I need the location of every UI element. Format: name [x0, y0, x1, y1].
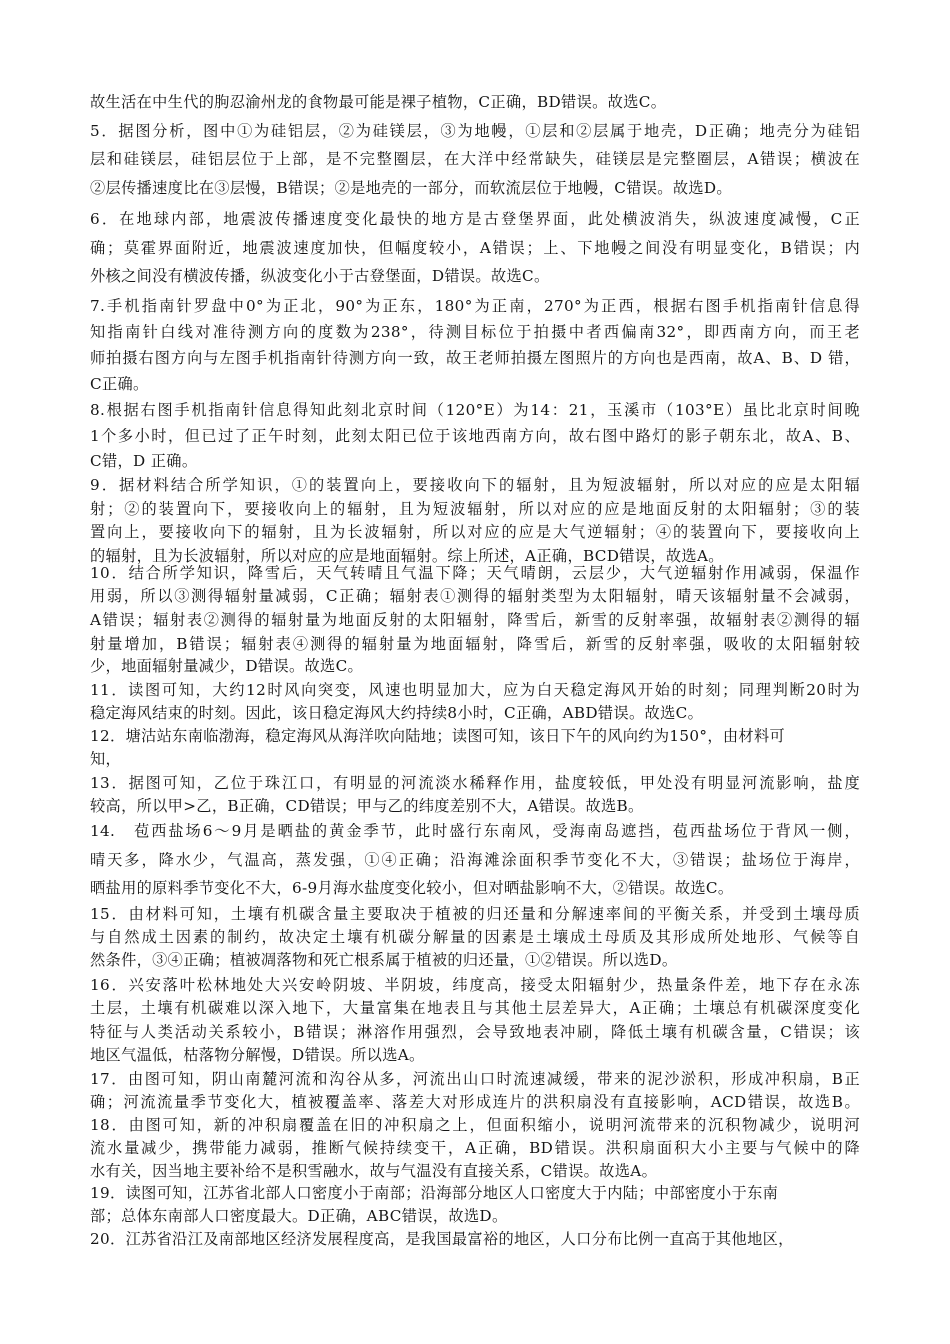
text-line: 稳定海风结束的时刻。因此，该日稳定海风大约持续8小时，C正确，ABD错误。故选C… — [90, 703, 860, 723]
text-line: 确；河流流量季节变化大，植被覆盖率、落差大对形成连片的洪积扇没有直接影响，ACD… — [90, 1092, 860, 1112]
text-line: 13．据图可知，乙位于珠江口，有明显的河流淡水稀释作用，盐度较低，甲处没有明显河… — [90, 773, 860, 793]
text-line: 19．读图可知，江苏省北部人口密度小于南部；沿海部分地区人口密度大于内陆；中部密… — [90, 1183, 860, 1203]
text-line: 14. 苞西盐场6～9月是晒盐的黄金季节，此时盛行东南风，受海南岛遮挡，苞西盐场… — [90, 821, 860, 841]
text-line: 较高，所以甲>乙，B正确，CD错误；甲与乙的纬度差别不大，A错误。故选B。 — [90, 796, 860, 816]
text-line: 射；②的装置向下，要接收向上的辐射，且为短波辐射，所以对应的应是地面反射的太阳辐… — [90, 499, 860, 519]
text-line: 故生活在中生代的朐忍渝州龙的食物最可能是裸子植物，C正确，BD错误。故选C。 — [90, 92, 860, 112]
text-line: C错，D 正确。 — [90, 451, 860, 471]
text-line: 7.手机指南针罗盘中0°为正北，90°为正东，180°为正南，270°为正西，根… — [90, 296, 860, 316]
text-line: C正确。 — [90, 374, 860, 394]
text-line: 8.根据右图手机指南针信息得知此刻北京时间（120°E）为14：21，玉溪市（1… — [90, 400, 860, 420]
text-line: 9．据材料结合所学知识，①的装置向上，要接收向下的辐射，且为短波辐射，所以对应的… — [90, 475, 860, 495]
text-line: 外核之间没有横波传播，纵波变化小于古登堡面，D错误。故选C。 — [90, 266, 860, 286]
document-page: 故生活在中生代的朐忍渝州龙的食物最可能是裸子植物，C正确，BD错误。故选C。5．… — [0, 0, 950, 1344]
text-line: 与自然成土因素的制约，故决定土壤有机碳分解量的因素是土壤成土母质及其形成所处地形… — [90, 927, 860, 947]
text-line: 置向上，要接收向下的辐射，且为长波辐射，所以对应的应是大气逆辐射；④的装置向下，… — [90, 522, 860, 542]
text-line: 17．由图可知，阴山南麓河流和沟谷从多，河流出山口时流速减缓，带来的泥沙淤积，形… — [90, 1069, 860, 1089]
text-line: 用弱，所以③测得辐射量减弱，C正确；辐射表①测得的辐射类型为太阳辐射，晴天该辐射… — [90, 586, 860, 606]
text-line: 流水量减少，携带能力减弱，推断气候持续变干，A正确，BD错误。洪积扇面积大小主要… — [90, 1138, 860, 1158]
text-line: 部；总体东南部人口密度最大。D正确，ABC错误，故选D。 — [90, 1206, 860, 1226]
text-line: ②层传播速度比在③层慢，B错误；②是地壳的一部分，而软流层位于地幔，C错误。故选… — [90, 178, 860, 198]
text-line: 知指南针白线对准待测方向的度数为238°，待测目标位于拍摄中者西偏南32°，即西… — [90, 322, 860, 342]
text-line: 1个多小时，但已过了正午时刻，此刻太阳已位于该地西南方向，故右图中路灯的影子朝东… — [90, 426, 860, 446]
text-line: 特征与人类活动关系较小，B错误；淋溶作用强烈，会导致地表冲刷，降低土壤有机碳含量… — [90, 1022, 860, 1042]
text-line: 11．读图可知，大约12时风向突变，风速也明显加大，应为白天稳定海风开始的时刻；… — [90, 680, 860, 700]
text-line: A错误；辐射表②测得的辐射量为地面反射的太阳辐射，降雪后，新雪的反射率强，故辐射… — [90, 610, 860, 630]
text-line: 土层，土壤有机碳难以深入地下，大量富集在地表且与其他土层差异大，A正确；土壤总有… — [90, 998, 860, 1018]
text-line: 18．由图可知，新的冲积扇覆盖在旧的冲积扇之上，但面积缩小，说明河流带来的沉积物… — [90, 1115, 860, 1135]
text-line: 20．江苏省沿江及南部地区经济发展程度高，是我国最富裕的地区，人口分布比例一直高… — [90, 1229, 860, 1249]
text-line: 晒盐用的原料季节变化不大，6-9月海水盐度变化较小，但对晒盐影响不大，②错误。故… — [90, 878, 860, 898]
text-line: 少，地面辐射量减少，D错误。故选C。 — [90, 656, 860, 676]
text-line: 师拍摄右图方向与左图手机指南针待测方向一致，故王老师拍摄左图照片的方向也是西南，… — [90, 348, 860, 368]
text-line: 6．在地球内部，地震波传播速度变化最快的地方是古登堡界面，此处横波消失，纵波速度… — [90, 209, 860, 229]
text-line: 10．结合所学知识，降雪后，天气转晴且气温下降；天气晴朗，云层少，大气逆辐射作用… — [90, 563, 860, 583]
text-line: 射量增加，B错误；辐射表④测得的辐射量为地面辐射，降雪后，新雪的反射率强，吸收的… — [90, 634, 860, 654]
text-line: 水有关，因当地主要补给不是积雪融水，故与气温没有直接关系，C错误。故选A。 — [90, 1161, 860, 1181]
text-line: 5．据图分析，图中①为硅铝层，②为硅镁层，③为地幔，①层和②层属于地壳，D正确；… — [90, 121, 860, 141]
text-line: 知， — [90, 749, 860, 769]
text-line: 然条件，③④正确；植被凋落物和死亡根系属于植被的归还量，①②错误。所以选D。 — [90, 950, 860, 970]
text-line: 16．兴安落叶松林地处大兴安岭阴坡、半阴坡，纬度高，接受太阳辐射少，热量条件差，… — [90, 975, 860, 995]
text-line: 地区气温低，枯落物分解慢，D错误。所以选A。 — [90, 1045, 860, 1065]
text-line: 确；莫霍界面附近，地震波速度加快，但幅度较小，A错误；上、下地幔之间没有明显变化… — [90, 238, 860, 258]
text-line: 15．由材料可知，土壤有机碳含量主要取决于植被的归还量和分解速率间的平衡关系，并… — [90, 904, 860, 924]
text-line: 晴天多，降水少，气温高，蒸发强，①④正确；沿海滩涂面积季节变化不大，③错误；盐场… — [90, 850, 860, 870]
text-line: 层和硅镁层，硅铝层位于上部，是不完整圈层，在大洋中经常缺失，硅镁层是完整圈层，A… — [90, 149, 860, 169]
text-line: 12．塘沽站东南临渤海，稳定海风从海洋吹向陆地；读图可知，该日下午的风向约为15… — [90, 726, 860, 746]
